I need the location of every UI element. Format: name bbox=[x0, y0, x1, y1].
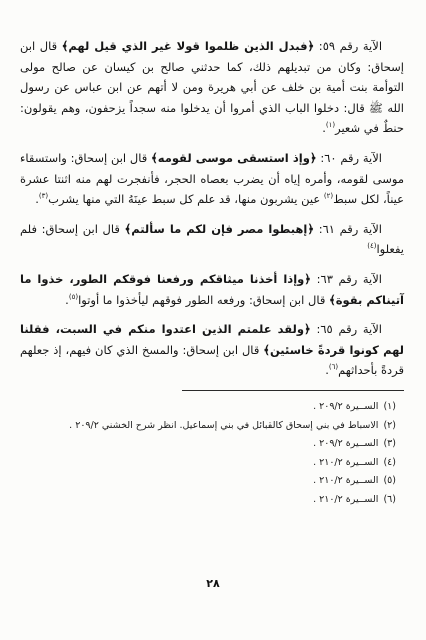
body-text-run: عين يشربون منها، قد علم كل سبط عينَهُ ال… bbox=[48, 192, 324, 206]
footnote-ref: (٣) bbox=[39, 192, 48, 200]
footnote-text: الســيرة ٢١٠/٢ . bbox=[313, 457, 381, 468]
footnote-marker: (٦) bbox=[383, 494, 396, 505]
footnote-ref: (٦) bbox=[329, 363, 338, 371]
footnote-text: الاسباط في بني إسحاق كالقبائل في بني إسم… bbox=[69, 420, 381, 431]
body-text-run: الآية رقم ٦٣: bbox=[311, 272, 382, 286]
footnote-item: (٤) الســيرة ٢١٠/٢ . bbox=[26, 454, 396, 473]
footnote-text: الســيرة ٢١٠/٢ . bbox=[313, 475, 381, 486]
footnote-marker: (٥) bbox=[383, 475, 396, 486]
footnote-separator bbox=[182, 390, 404, 391]
footnote-item: (٣) الســيرة ٢٠٩/٢ . bbox=[26, 435, 396, 454]
paragraph: الآية رقم ٦٥: ﴿ولقد علمتم الذين اعتدوا م… bbox=[20, 319, 404, 381]
footnote-marker: (١) bbox=[383, 401, 396, 412]
footnote-item: (٢) الاسباط في بني إسحاق كالقبائل في بني… bbox=[26, 417, 396, 436]
document-body: الآية رقم ٥٩: ﴿فبدل الذين ظلموا قولا غير… bbox=[20, 36, 404, 381]
footnote-item: (١) الســيرة ٢٠٩/٢ . bbox=[26, 398, 396, 417]
book-page: الآية رقم ٥٩: ﴿فبدل الذين ظلموا قولا غير… bbox=[0, 0, 426, 640]
body-text-run: الآية رقم ٦٠: bbox=[317, 151, 382, 165]
body-text-run: الآية رقم ٥٩: bbox=[314, 39, 382, 53]
footnotes-list: (١) الســيرة ٢٠٩/٢ .(٢) الاسباط في بني إ… bbox=[20, 398, 404, 510]
footnote-marker: (٤) bbox=[383, 457, 396, 468]
footnote-item: (٥) الســيرة ٢١٠/٢ . bbox=[26, 472, 396, 491]
quran-verse: ﴿فبدل الذين ظلموا قولا غير الذي قيل لهم﴾ bbox=[62, 39, 315, 53]
paragraph: الآية رقم ٦٠: ﴿وإذ استسقى موسى لقومه﴾ قا… bbox=[20, 148, 404, 210]
footnote-ref: (٢) bbox=[324, 192, 333, 200]
footnote-text: الســيرة ٢٠٩/٢ . bbox=[313, 438, 381, 449]
footnote-text: الســيرة ٢٠٩/٢ . bbox=[313, 401, 381, 412]
quran-verse: ﴿وإذ استسقى موسى لقومه﴾ bbox=[151, 151, 317, 165]
footnote-text: الســيرة ٢١٠/٢ . bbox=[313, 494, 381, 505]
body-text-run: قال ابن إسحاق: ورفعه الطور فوقهم ليأخذوا… bbox=[78, 293, 329, 307]
footnote-item: (٦) الســيرة ٢١٠/٢ . bbox=[26, 491, 396, 510]
body-text-run: قال ابن إسحاق: وكان من تبديلهم ذلك، كما … bbox=[20, 39, 404, 135]
paragraph: الآية رقم ٦١: ﴿إهبطوا مصر فإن لكم ما سأل… bbox=[20, 219, 404, 260]
footnote-marker: (٣) bbox=[383, 438, 396, 449]
paragraph: الآية رقم ٦٣: ﴿وإذا أخذنا ميثاقكم ورفعنا… bbox=[20, 269, 404, 310]
footnote-ref: (٥) bbox=[69, 293, 78, 301]
paragraph: الآية رقم ٥٩: ﴿فبدل الذين ظلموا قولا غير… bbox=[20, 36, 404, 139]
quran-verse: ﴿إهبطوا مصر فإن لكم ما سألتم﴾ bbox=[124, 222, 314, 236]
page-number: ٢٨ bbox=[0, 577, 426, 590]
footnote-marker: (٢) bbox=[383, 420, 396, 431]
body-text-run: الآية رقم ٦٥: bbox=[311, 322, 382, 336]
body-text-run: الآية رقم ٦١: bbox=[314, 222, 382, 236]
footnote-ref: (١) bbox=[326, 122, 335, 130]
